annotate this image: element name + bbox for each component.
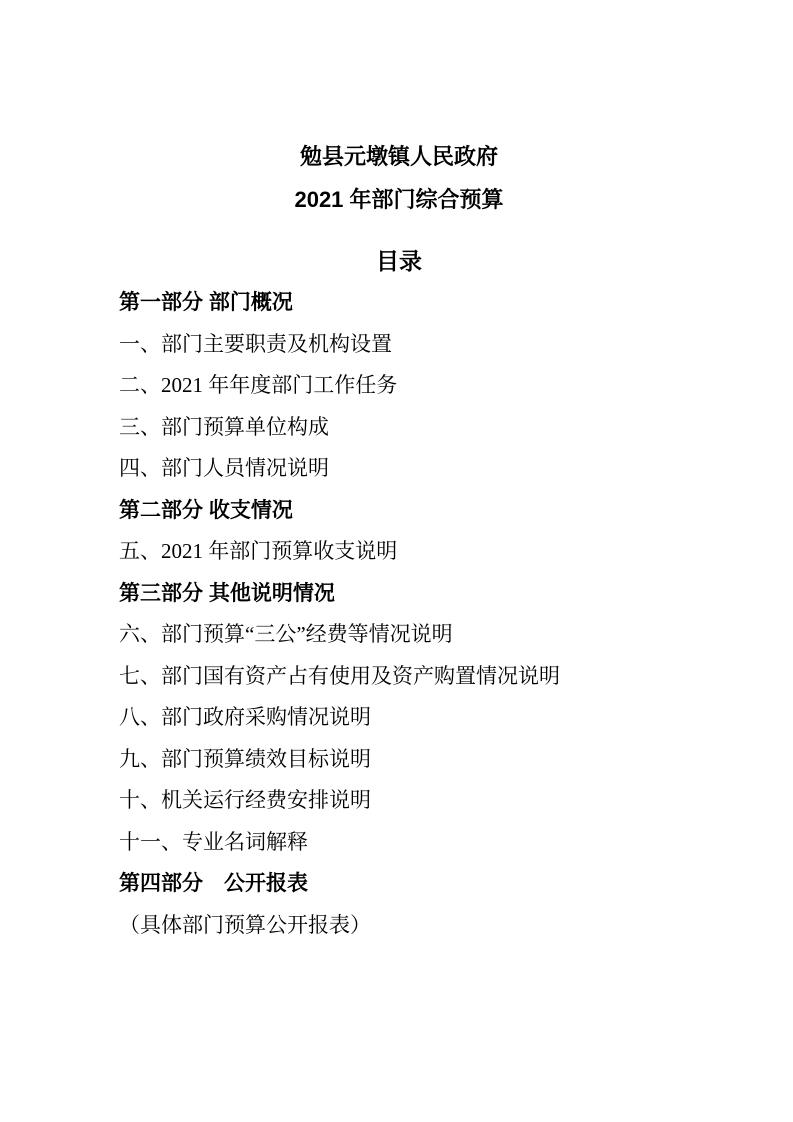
- toc-entry: 七、部门国有资产占有使用及资产购置情况说明: [119, 656, 679, 698]
- toc-entry: 二、2021 年年度部门工作任务: [119, 365, 679, 407]
- toc-section-heading: 第四部分 公开报表: [119, 863, 679, 905]
- toc-entry: 四、部门人员情况说明: [119, 448, 679, 490]
- toc-entry: 三、部门预算单位构成: [119, 407, 679, 449]
- toc-heading: 目录: [119, 240, 679, 282]
- toc-section-heading: 第一部分 部门概况: [119, 282, 679, 324]
- toc-entry: 十、机关运行经费安排说明: [119, 780, 679, 822]
- document-page: 勉县元墩镇人民政府 2021 年部门综合预算 目录 第一部分 部门概况一、部门主…: [0, 0, 793, 1122]
- document-title-line2: 2021 年部门综合预算: [119, 178, 679, 221]
- toc-list: 第一部分 部门概况一、部门主要职责及机构设置二、2021 年年度部门工作任务三、…: [119, 282, 679, 946]
- toc-section-heading: 第三部分 其他说明情况: [119, 573, 679, 615]
- toc-entry: 十一、专业名词解释: [119, 822, 679, 864]
- toc-entry: 八、部门政府采购情况说明: [119, 697, 679, 739]
- toc-entry: 六、部门预算“三公”经费等情况说明: [119, 614, 679, 656]
- toc-entry: 一、部门主要职责及机构设置: [119, 324, 679, 366]
- toc-entry: 五、2021 年部门预算收支说明: [119, 531, 679, 573]
- document-title-line1: 勉县元墩镇人民政府: [119, 135, 679, 178]
- toc-section-heading: 第二部分 收支情况: [119, 490, 679, 532]
- toc-entry: （具体部门预算公开报表）: [119, 905, 679, 947]
- toc-entry: 九、部门预算绩效目标说明: [119, 739, 679, 781]
